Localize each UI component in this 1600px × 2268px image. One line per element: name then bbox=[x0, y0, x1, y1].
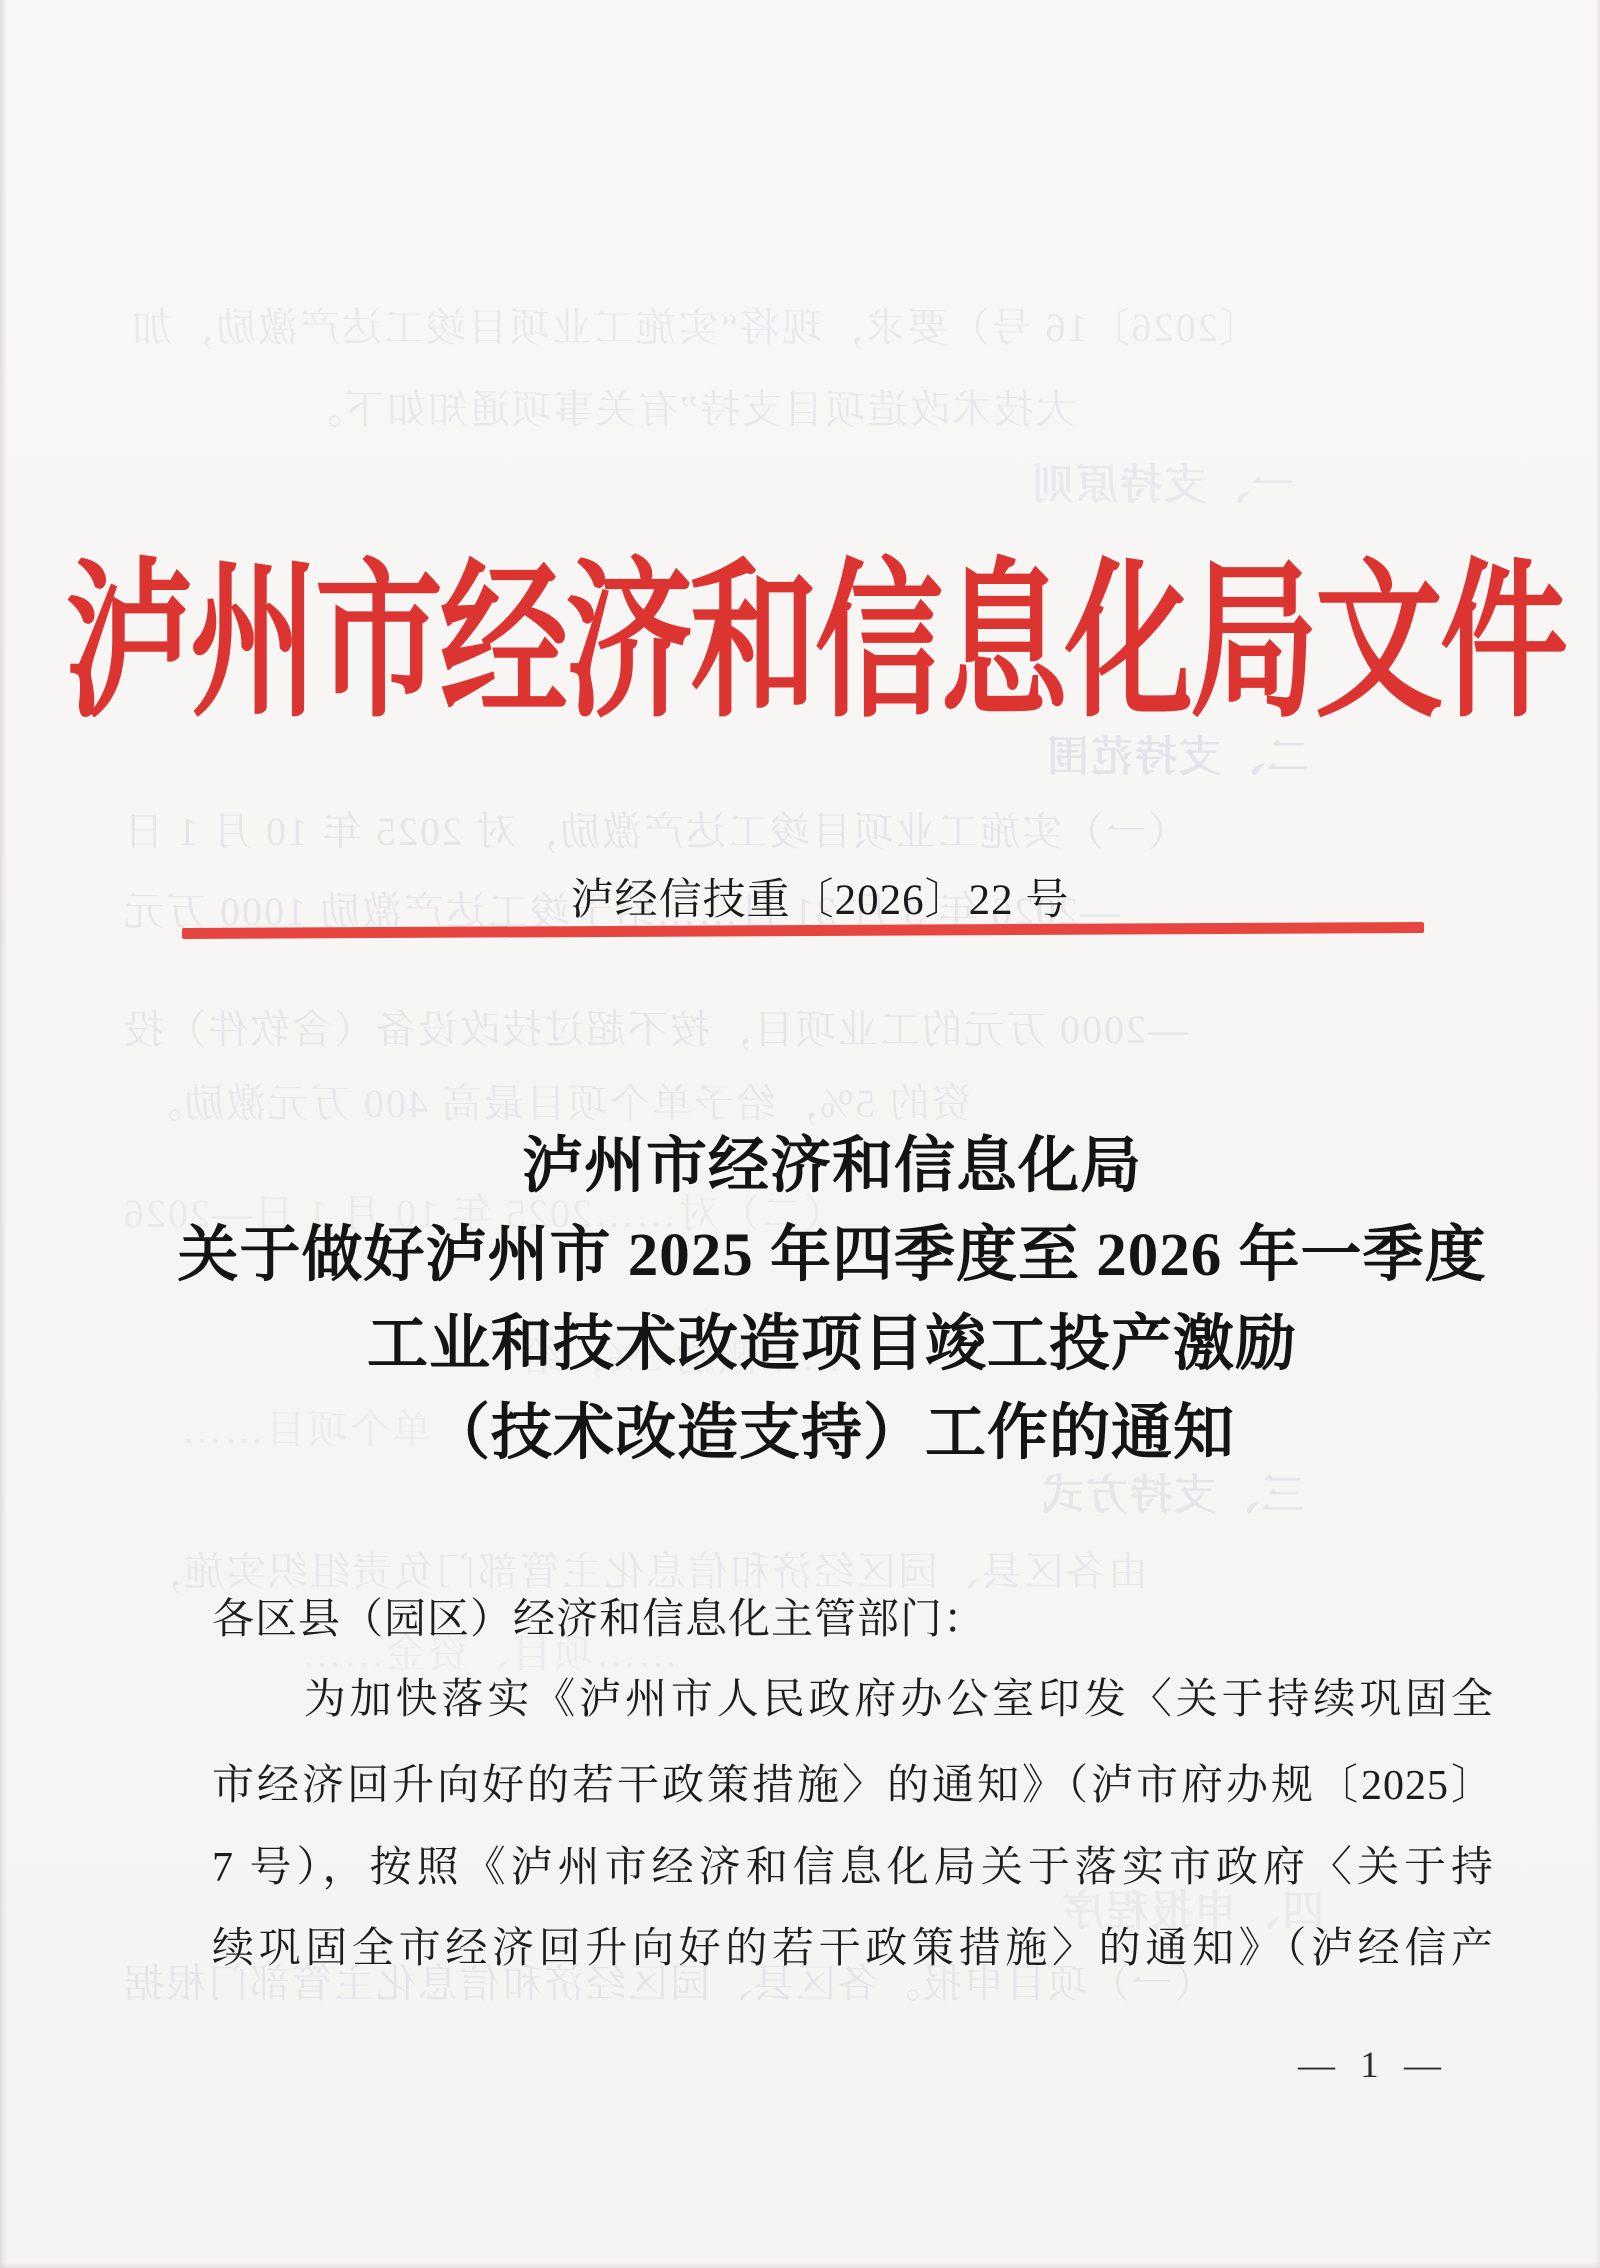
document-title-line: 工业和技术改造项目竣工投产激励 bbox=[32, 1300, 1600, 1389]
document-title-line: 泸州市经济和信息化局 bbox=[32, 1122, 1600, 1211]
document-number: 泸经信技重〔2026〕22 号 bbox=[0, 866, 1600, 927]
salutation-line: 各区县（园区）经济和信息化主管部门： bbox=[212, 1586, 1494, 1646]
body-text-line: 续巩固全市经济回升向好的若干政策措施〉的通知》（泸经信产 bbox=[212, 1915, 1494, 1975]
page-number: — 1 — bbox=[1298, 2044, 1449, 2087]
bleedthrough-text: 大技术改造项目支持”有关事项通知如下。 bbox=[300, 378, 1076, 435]
agency-header-title: 泸州市经济和信息化局文件 bbox=[0, 505, 1600, 750]
body-text-line: 为加快落实《泸州市人民政府办公室印发〈关于持续巩固全 bbox=[212, 1666, 1494, 1726]
scanned-document-page: { "document": { "agency_header": "泸州市经济和… bbox=[0, 0, 1600, 2268]
body-text-line: 7 号），按照《泸州市经济和信息化局关于落实市政府〈关于持 bbox=[212, 1834, 1494, 1894]
bleedthrough-text: （一）实施工业项目竣工达产激励，对 2025 年 10 月 1 日 bbox=[122, 800, 1188, 857]
bleedthrough-text: 〔2026〕16 号）要求，现将“实施工业项目竣工达产激励，加 bbox=[130, 296, 1260, 353]
paper-edge-right bbox=[1595, 0, 1600, 2268]
bleedthrough-heading: 一、支持原则 bbox=[1030, 452, 1294, 512]
document-title-line: 关于做好泸州市 2025 年四季度至 2026 年一季度 bbox=[32, 1211, 1600, 1300]
bleedthrough-text: —2000 万元的工业项目，按不超过技改设备（含软件）投 bbox=[122, 998, 1188, 1055]
bleedthrough-text: 资的 5%，给予单个项目最高 400 万元激励。 bbox=[140, 1072, 971, 1129]
body-text-line: 市经济回升向好的若干政策措施〉的通知》（泸市府办规〔2025〕 bbox=[212, 1752, 1494, 1812]
paper-edge-left bbox=[0, 0, 7, 2268]
paper-edge-bottom bbox=[0, 2262, 1600, 2268]
document-title: 泸州市经济和信息化局 关于做好泸州市 2025 年四季度至 2026 年一季度 … bbox=[32, 1122, 1600, 1478]
document-title-line: （技术改造支持）工作的通知 bbox=[32, 1389, 1600, 1478]
